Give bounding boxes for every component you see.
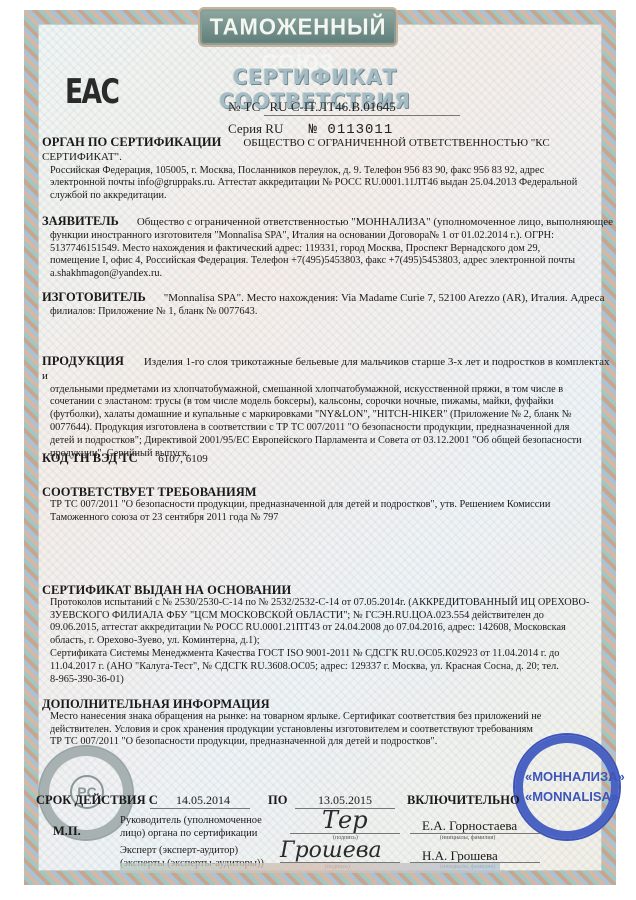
section-label: СООТВЕТСТВУЕТ ТРЕБОВАНИЯМ [42, 486, 614, 499]
section-applicant: ЗАЯВИТЕЛЬОбщество с ограниченной ответст… [42, 215, 614, 281]
tn-ved-value: 6107, 6109 [140, 453, 208, 465]
section-line: филиалов: Приложение № 1, бланк № 007764… [42, 306, 614, 319]
section-label: ПРОДУКЦИЯ [42, 354, 124, 368]
section-line: детей и подростков"; Директивой 2001/95/… [42, 435, 614, 448]
section-label: ИЗГОТОВИТЕЛЬ [42, 290, 146, 304]
section-tn-ved-code: КОД ТН ВЭД ТС 6107, 6109 [42, 452, 614, 467]
certificate-number: № ТС RU C-IT.ЛТ46.B.01645 [228, 99, 460, 116]
section-line: Таможенного союза от 23 сентября 2011 го… [42, 512, 614, 525]
section-label: КОД ТН ВЭД ТС [42, 451, 138, 465]
section-product: ПРОДУКЦИЯИзделия 1-го слоя трикотажные б… [42, 355, 614, 460]
section-line: ЗУЕВСКОГО ФИЛИАЛА ФБУ "ЦСМ МОСКОВСКОЙ ОБ… [42, 610, 614, 623]
section-label: ЗАЯВИТЕЛЬ [42, 214, 119, 228]
eac-logo-icon: EAC [65, 72, 118, 112]
section-line: 5137746151549. Место нахождения и фактич… [42, 243, 614, 256]
section-line: Место нанесения знака обращения на рынке… [42, 711, 614, 724]
section-line: отдельными предметами из хлопчатобумажно… [42, 384, 614, 397]
section-manufacturer: ИЗГОТОВИТЕЛЬ"Monnalisa SPA". Место нахож… [42, 291, 614, 319]
head-signature: Тер [322, 806, 368, 834]
section-label: СЕРТИФИКАТ ВЫДАН НА ОСНОВАНИИ [42, 584, 614, 597]
section-line: электронной почты info@gruppaks.ru. Атте… [42, 177, 614, 190]
section-complies-with: СООТВЕТСТВУЕТ ТРЕБОВАНИЯМ ТР ТС 007/2011… [42, 486, 614, 524]
section-line: Протоколов испытаний с № 2530/2530-С-14 … [42, 597, 614, 610]
printer-imprint-strip [120, 863, 500, 873]
section-line: ТР ТС 007/2011 "О безопасности продукции… [42, 499, 614, 512]
seal-label: М.П. [53, 824, 81, 839]
section-lead: Общество с ограниченной ответственностью… [119, 216, 613, 228]
section-lead: Изделия 1-го слоя трикотажные бельевые д… [42, 356, 609, 382]
section-line: сочетании с эластаном: трусы (в том числ… [42, 396, 614, 409]
section-line: 8-965-390-36-01) [42, 674, 614, 687]
from-date-underline [150, 808, 250, 809]
section-line: a.shakhmagon@yandex.ru. [42, 268, 614, 281]
number-prefix: № ТС [228, 99, 260, 114]
section-line: ТР ТС 007/2011 "О безопасности продукции… [42, 736, 614, 749]
section-line: функции иностранного изготовителя "Monna… [42, 230, 614, 243]
section-issued-based-on: СЕРТИФИКАТ ВЫДАН НА ОСНОВАНИИ Протоколов… [42, 584, 614, 686]
section-line: область, г. Орехово-Зуево, ул. Коминтерн… [42, 635, 614, 648]
number-value: RU C-IT.ЛТ46.B.01645 [264, 99, 460, 116]
section-additional-info: ДОПОЛНИТЕЛЬНАЯ ИНФОРМАЦИЯ Место нанесени… [42, 698, 614, 749]
series-label: Серия RU [228, 121, 283, 136]
expert-signature: Грошева [280, 838, 382, 863]
section-line: службой по аккредитации. [42, 190, 614, 203]
head-role: Руководитель (уполномоченное лицо) орган… [120, 815, 262, 840]
section-line: (футболки), халаты домашние и купальные … [42, 409, 614, 422]
head-name: Е.А. Горностаева [422, 818, 517, 834]
section-certification-body: ОРГАН ПО СЕРТИФИКАЦИИОБЩЕСТВО С ОГРАНИЧЕ… [42, 136, 614, 203]
validity-suffix: ВКЛЮЧИТЕЛЬНО [407, 793, 520, 808]
customs-union-banner: ТАМОЖЕННЫЙ СОЮЗ [198, 7, 398, 47]
section-line: Сертификата Системы Менеджмента Качества… [42, 648, 614, 661]
section-lead: "Monnalisa SPA". Место нахождения: Via M… [146, 292, 605, 304]
section-line: действителен. Условия и срок хранения пр… [42, 724, 614, 737]
head-name-caption: (инициалы, фамилия) [440, 835, 495, 841]
section-line: помещение I, офис 4, Российская Федераци… [42, 255, 614, 268]
head-signature-line [290, 833, 400, 834]
validity-from-date: 14.05.2014 [176, 793, 230, 808]
section-label: ОРГАН ПО СЕРТИФИКАЦИИ [42, 135, 221, 149]
section-line: Российская Федерация, 105005, г. Москва,… [42, 165, 614, 178]
section-line: 0077644). Продукция изготовлена в соотве… [42, 422, 614, 435]
validity-from-label: СРОК ДЕЙСТВИЯ С [36, 793, 158, 808]
validity-to-label: ПО [268, 793, 287, 808]
section-label: ДОПОЛНИТЕЛЬНАЯ ИНФОРМАЦИЯ [42, 698, 614, 711]
stamp-brand: «МОННАЛИЗА» «MONNALISA» [525, 767, 609, 807]
section-line: 11.04.2017 г. (АНО "Калуга-Тест", № СДСГ… [42, 661, 614, 674]
applicant-stamp: «МОННАЛИЗА» «MONNALISA» [513, 733, 621, 841]
section-line: 09.06.2015, аттестат аккредитации № РОСС… [42, 622, 614, 635]
head-name-line [410, 833, 540, 834]
